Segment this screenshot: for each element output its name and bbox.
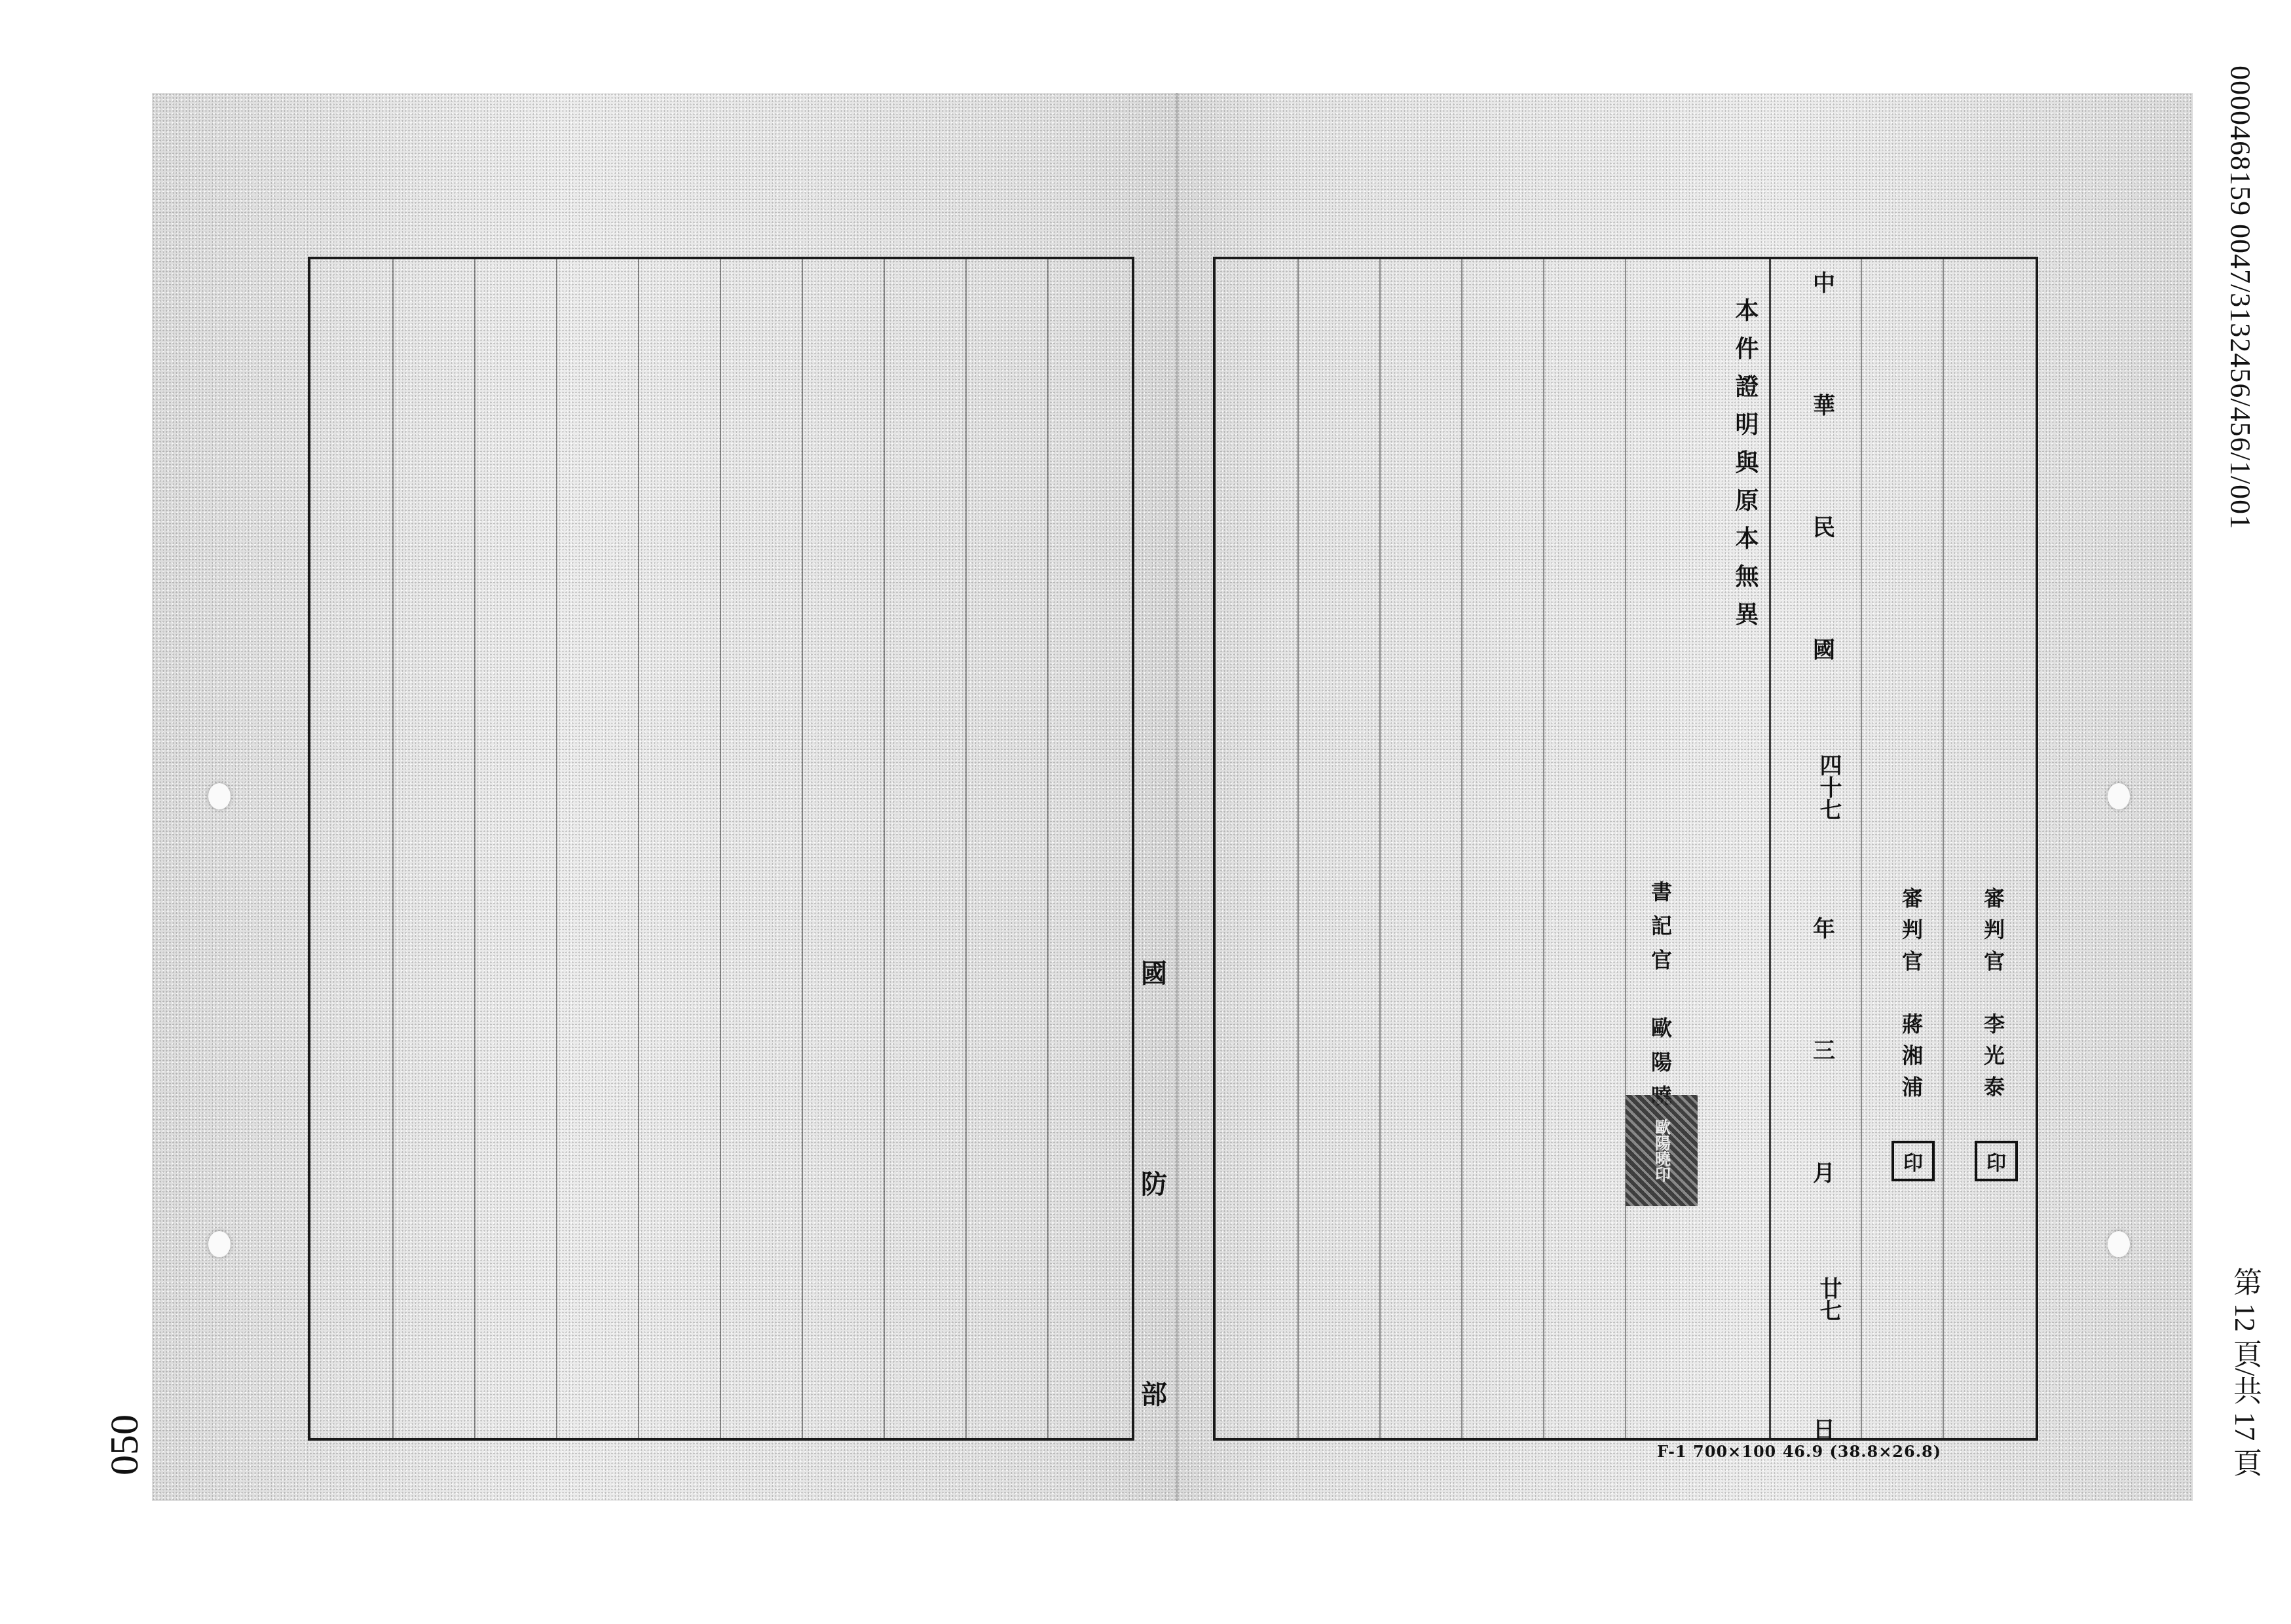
left-ruled-frame [308, 257, 1134, 1441]
sheet-number: 050 [102, 1414, 148, 1475]
punch-hole [208, 783, 231, 809]
punch-hole [2108, 783, 2130, 809]
page-indicator: 第 12 頁/共 17 頁 [2224, 1267, 2265, 1477]
clerk-signature: 書記官 歐陽曉 [1645, 881, 1675, 1119]
judge-signature: 審判官 李光泰 [1978, 887, 2008, 1107]
judge-seal: 印 [1975, 1141, 2018, 1181]
form-number: F-1 700×100 46.9 (38.8×26.8) [1657, 1442, 1941, 1461]
archive-id: 000046815​9 0047/3132456/456/1/001 [2224, 65, 2257, 530]
document-date: 中 華 民 國 四十七 年 三 月 廿七 日 [1813, 265, 1845, 1444]
punch-hole [2108, 1231, 2130, 1257]
judge-signature: 審判官 蔣湘浦 [1896, 887, 1926, 1107]
ministry-name: 國 防 部 [1141, 953, 1167, 1411]
center-fold [1176, 93, 1178, 1501]
clerk-seal-stamp: 歐陽曉印 [1626, 1095, 1698, 1206]
right-ruled-frame [1213, 257, 2038, 1441]
judge-seal: 印 [1891, 1141, 1935, 1181]
certification-statement: 本件證明與原本無異 [1729, 298, 1762, 640]
punch-hole [208, 1231, 231, 1257]
